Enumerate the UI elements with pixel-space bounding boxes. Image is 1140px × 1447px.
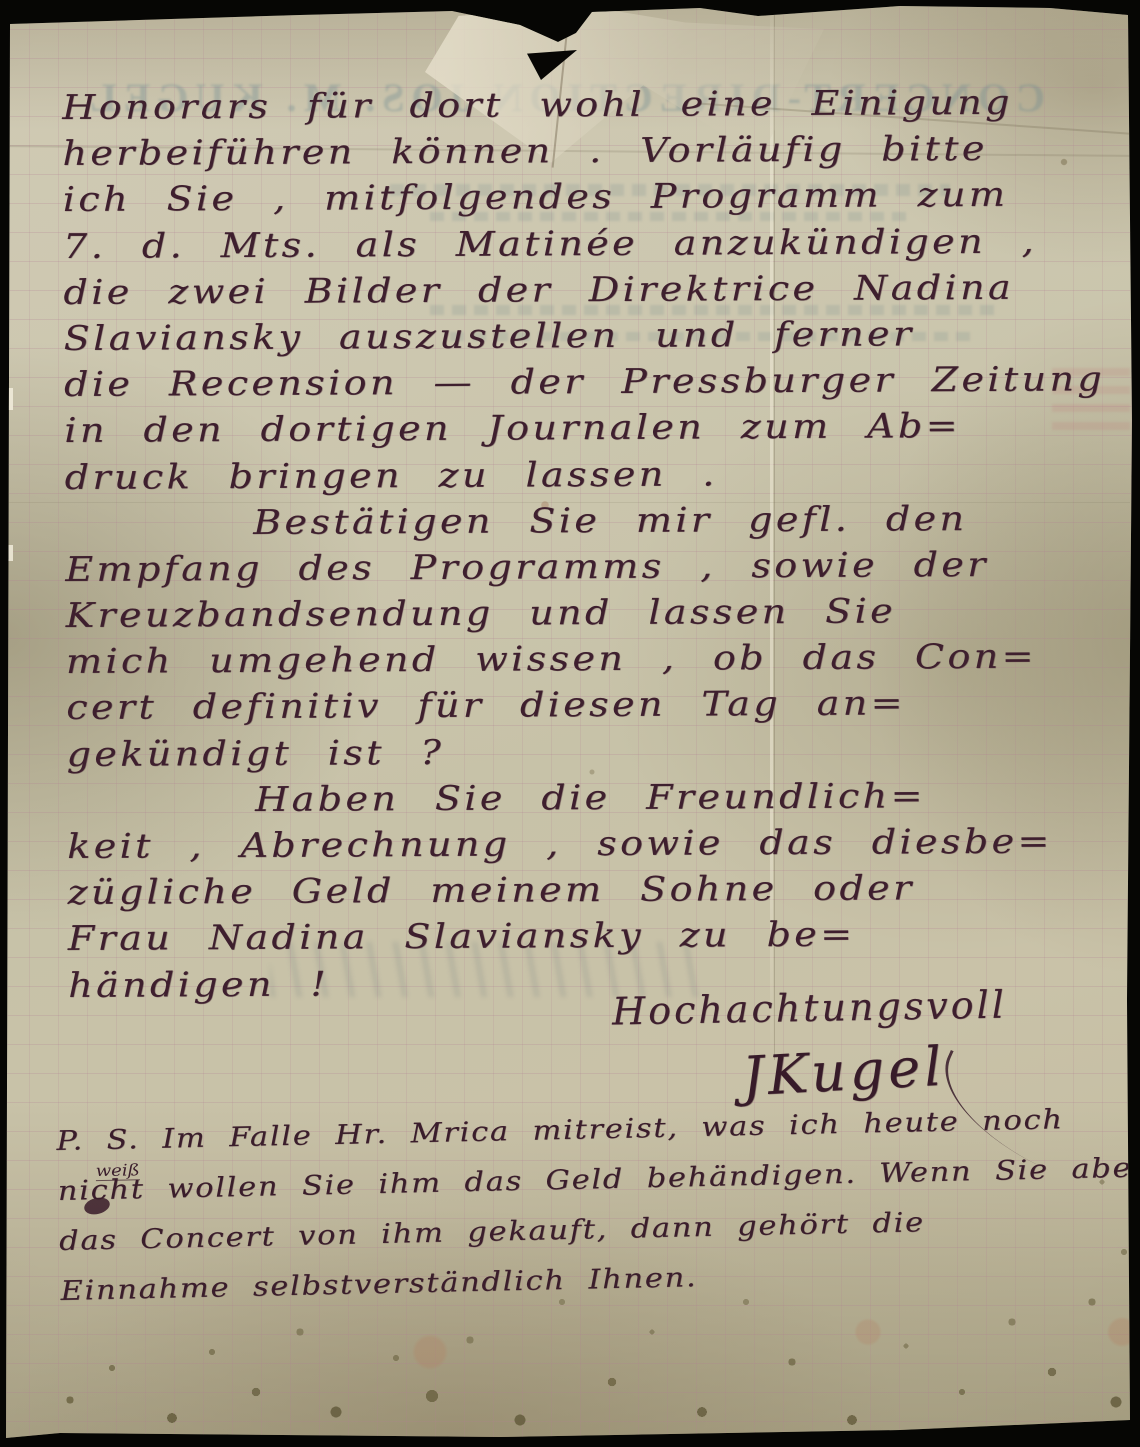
handwritten-line: gekündigt ist ? [66, 729, 1107, 781]
handwritten-line: Slaviansky auszustellen und ferner [64, 313, 1105, 365]
handwritten-line: Honorars für dort wohl eine Einigung [62, 82, 1103, 134]
handwritten-line: Kreuzbandsendung und lassen Sie [65, 590, 1106, 642]
closing-salutation: Hochachtungsvoll [612, 983, 1008, 1034]
handwritten-line: in den dortigen Journalen zum Ab= [64, 406, 1105, 458]
handwritten-line: druck bringen zu lassen . [65, 452, 1106, 504]
postscript-insertion: weiß [95, 1160, 140, 1181]
handwritten-line: die Recension — der Pressburger Zeitung [64, 359, 1105, 411]
letter-scan: CONCERT-DIRECTION JOS. M. KUGEL Honorars… [0, 0, 1140, 1447]
handwritten-line: 7. d. Mts. als Matinée anzukündigen , [63, 221, 1104, 273]
handwritten-line: mich umgehend wissen , ob das Con= [66, 637, 1107, 689]
postscript: P. S. Im Falle Hr. Mrica mitreist, was i… [56, 1102, 1140, 1326]
handwritten-line: keit , Abrechnung , sowie das diesbe= [67, 821, 1108, 873]
handwritten-line: die zwei Bilder der Direktrice Nadina [63, 267, 1104, 319]
tear-notch [545, 0, 571, 16]
handwritten-line: Empfang des Programms , sowie der [65, 544, 1106, 596]
paper-sheet: CONCERT-DIRECTION JOS. M. KUGEL Honorars… [0, 0, 1140, 1447]
torn-edge-fragment [8, 545, 13, 561]
torn-edge-fragment [6, 388, 13, 410]
handwritten-line: herbeiführen können . Vorläufig bitte [62, 129, 1103, 181]
handwritten-line: Bestätigen Sie mir gefl. den [65, 498, 1106, 550]
signature: JKugel [740, 1035, 946, 1109]
handwritten-line: zügliche Geld meinem Sohne oder [67, 867, 1108, 919]
handwritten-line: Frau Nadina Slaviansky zu be= [68, 914, 1109, 966]
handwritten-line: Haben Sie die Freundlich= [67, 775, 1108, 827]
letter-body: Honorars für dort wohl eine Einigung her… [62, 82, 1109, 1011]
handwritten-line: ich Sie , mitfolgendes Programm zum [63, 175, 1104, 227]
handwritten-line: cert definitiv für diesen Tag an= [66, 683, 1107, 735]
